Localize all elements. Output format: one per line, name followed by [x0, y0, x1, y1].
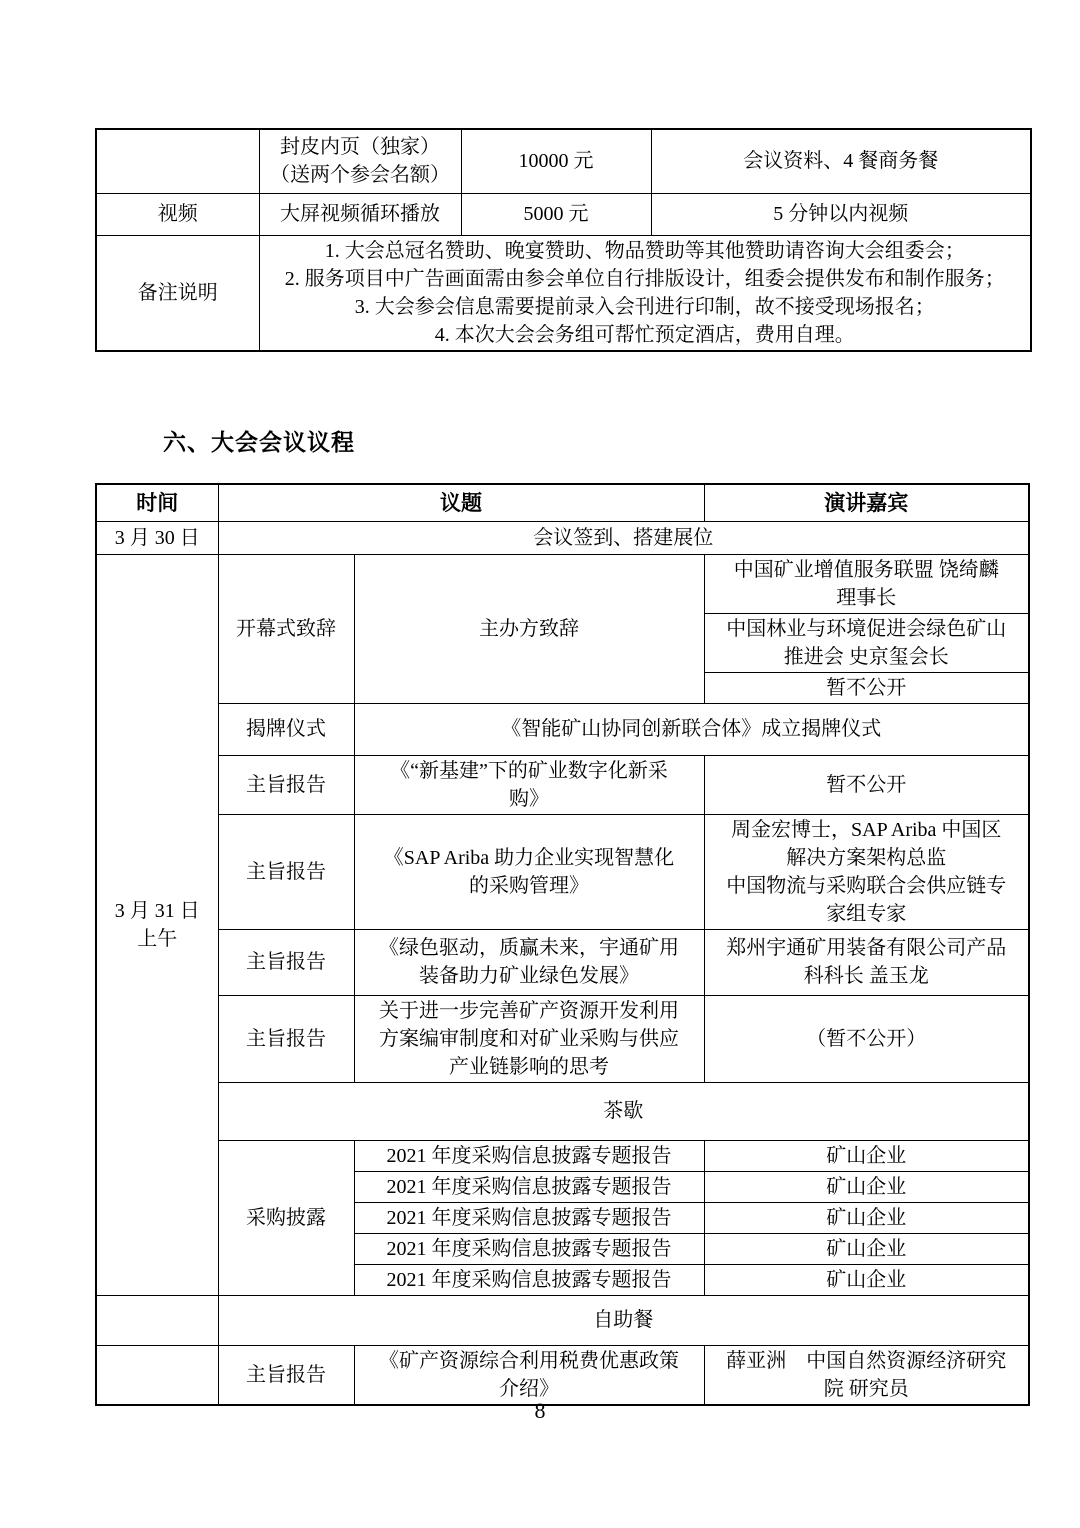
- speaker-cell: （暂不公开）: [704, 995, 1029, 1082]
- topic-cell: 主办方致辞: [354, 554, 704, 703]
- speaker-cell: 矿山企业: [704, 1264, 1029, 1295]
- sponsor-category-cell: 视频: [96, 193, 259, 235]
- event-cell: 自助餐: [218, 1295, 1029, 1345]
- topic-cell: 《“新基建”下的矿业数字化新采 购》: [354, 755, 704, 814]
- agenda-row-disclosure: 采购披露 2021 年度采购信息披露专题报告 矿山企业: [96, 1140, 1029, 1171]
- notes-content-cell: 1. 大会总冠名赞助、晚宴赞助、物品赞助等其他赞助请咨询大会组委会； 2. 服务…: [259, 235, 1031, 351]
- empty-time-cell: [96, 1345, 218, 1405]
- event-cell: 会议签到、搭建展位: [218, 521, 1029, 554]
- session-cell: 采购披露: [218, 1140, 354, 1295]
- header-speaker: 演讲嘉宾: [704, 484, 1029, 521]
- session-cell: 主旨报告: [218, 1345, 354, 1405]
- speaker-cell: 中国矿业增值服务联盟 饶绮麟 理事长: [704, 554, 1029, 613]
- event-cell: 茶歇: [218, 1082, 1029, 1140]
- agenda-row-keynote: 主旨报告 《“新基建”下的矿业数字化新采 购》 暂不公开: [96, 755, 1029, 814]
- sponsor-category-cell: [96, 129, 259, 193]
- topic-cell: 《矿产资源综合利用税费优惠政策 介绍》: [354, 1345, 704, 1405]
- sponsor-item-cell: 大屏视频循环播放: [259, 193, 461, 235]
- time-cell: 3 月 30 日: [96, 521, 218, 554]
- sponsor-benefit-cell: 5 分钟以内视频: [651, 193, 1031, 235]
- agenda-row-keynote: 主旨报告 《SAP Ariba 助力企业实现智慧化 的采购管理》 周金宏博士，S…: [96, 814, 1029, 929]
- sponsor-price-cell: 10000 元: [461, 129, 651, 193]
- topic-cell: 2021 年度采购信息披露专题报告: [354, 1264, 704, 1295]
- session-cell: 主旨报告: [218, 995, 354, 1082]
- sponsor-row: 封皮内页（独家） （送两个参会名额） 10000 元 会议资料、4 餐商务餐: [96, 129, 1031, 193]
- agenda-row-keynote: 主旨报告 关于进一步完善矿产资源开发利用 方案编审制度和对矿业采购与供应 产业链…: [96, 995, 1029, 1082]
- sponsor-table: 封皮内页（独家） （送两个参会名额） 10000 元 会议资料、4 餐商务餐 视…: [95, 128, 1032, 352]
- agenda-row-buffet: 自助餐: [96, 1295, 1029, 1345]
- topic-cell: 《SAP Ariba 助力企业实现智慧化 的采购管理》: [354, 814, 704, 929]
- document-page: 封皮内页（独家） （送两个参会名额） 10000 元 会议资料、4 餐商务餐 视…: [0, 0, 1080, 1528]
- sponsor-notes-row: 备注说明 1. 大会总冠名赞助、晚宴赞助、物品赞助等其他赞助请咨询大会组委会； …: [96, 235, 1031, 351]
- sponsor-price-cell: 5000 元: [461, 193, 651, 235]
- section-heading: 六、大会会议议程: [163, 424, 355, 457]
- topic-cell: 2021 年度采购信息披露专题报告: [354, 1140, 704, 1171]
- topic-cell: 《绿色驱动，质赢未来，宇通矿用 装备助力矿业绿色发展》: [354, 929, 704, 995]
- page-number: 8: [0, 1398, 1080, 1424]
- agenda-row-keynote: 主旨报告 《绿色驱动，质赢未来，宇通矿用 装备助力矿业绿色发展》 郑州宇通矿用装…: [96, 929, 1029, 995]
- empty-time-cell: [96, 1295, 218, 1345]
- agenda-row-tea-break: 茶歇: [96, 1082, 1029, 1140]
- agenda-row-unveiling: 揭牌仪式 《智能矿山协同创新联合体》成立揭牌仪式: [96, 703, 1029, 755]
- speaker-cell: 周金宏博士，SAP Ariba 中国区 解决方案架构总监 中国物流与采购联合会供…: [704, 814, 1029, 929]
- sponsor-row: 视频 大屏视频循环播放 5000 元 5 分钟以内视频: [96, 193, 1031, 235]
- speaker-cell: 矿山企业: [704, 1171, 1029, 1202]
- session-cell: 主旨报告: [218, 929, 354, 995]
- speaker-cell: 薛亚洲 中国自然资源经济研究 院 研究员: [704, 1345, 1029, 1405]
- topic-cell: 2021 年度采购信息披露专题报告: [354, 1171, 704, 1202]
- agenda-row-day1: 3 月 30 日 会议签到、搭建展位: [96, 521, 1029, 554]
- sponsor-item-cell: 封皮内页（独家） （送两个参会名额）: [259, 129, 461, 193]
- time-cell-day2: 3 月 31 日 上午: [96, 554, 218, 1295]
- agenda-table: 时间 议题 演讲嘉宾 3 月 30 日 会议签到、搭建展位 3 月 31 日 上…: [95, 483, 1030, 1406]
- topic-cell: 2021 年度采购信息披露专题报告: [354, 1233, 704, 1264]
- topic-cell: 2021 年度采购信息披露专题报告: [354, 1202, 704, 1233]
- notes-label-cell: 备注说明: [96, 235, 259, 351]
- speaker-cell: 矿山企业: [704, 1140, 1029, 1171]
- speaker-cell: 暂不公开: [704, 755, 1029, 814]
- session-cell: 开幕式致辞: [218, 554, 354, 703]
- speaker-cell: 矿山企业: [704, 1202, 1029, 1233]
- speaker-cell: 郑州宇通矿用装备有限公司产品 科科长 盖玉龙: [704, 929, 1029, 995]
- topic-cell: 关于进一步完善矿产资源开发利用 方案编审制度和对矿业采购与供应 产业链影响的思考: [354, 995, 704, 1082]
- agenda-row-keynote: 主旨报告 《矿产资源综合利用税费优惠政策 介绍》 薛亚洲 中国自然资源经济研究 …: [96, 1345, 1029, 1405]
- speaker-cell: 矿山企业: [704, 1233, 1029, 1264]
- agenda-header-row: 时间 议题 演讲嘉宾: [96, 484, 1029, 521]
- session-cell: 揭牌仪式: [218, 703, 354, 755]
- header-time: 时间: [96, 484, 218, 521]
- agenda-row-opening: 3 月 31 日 上午 开幕式致辞 主办方致辞 中国矿业增值服务联盟 饶绮麟 理…: [96, 554, 1029, 613]
- speaker-cell: 暂不公开: [704, 672, 1029, 703]
- session-cell: 主旨报告: [218, 814, 354, 929]
- header-topic: 议题: [218, 484, 704, 521]
- sponsor-benefit-cell: 会议资料、4 餐商务餐: [651, 129, 1031, 193]
- event-cell: 《智能矿山协同创新联合体》成立揭牌仪式: [354, 703, 1029, 755]
- speaker-cell: 中国林业与环境促进会绿色矿山 推进会 史京玺会长: [704, 613, 1029, 672]
- session-cell: 主旨报告: [218, 755, 354, 814]
